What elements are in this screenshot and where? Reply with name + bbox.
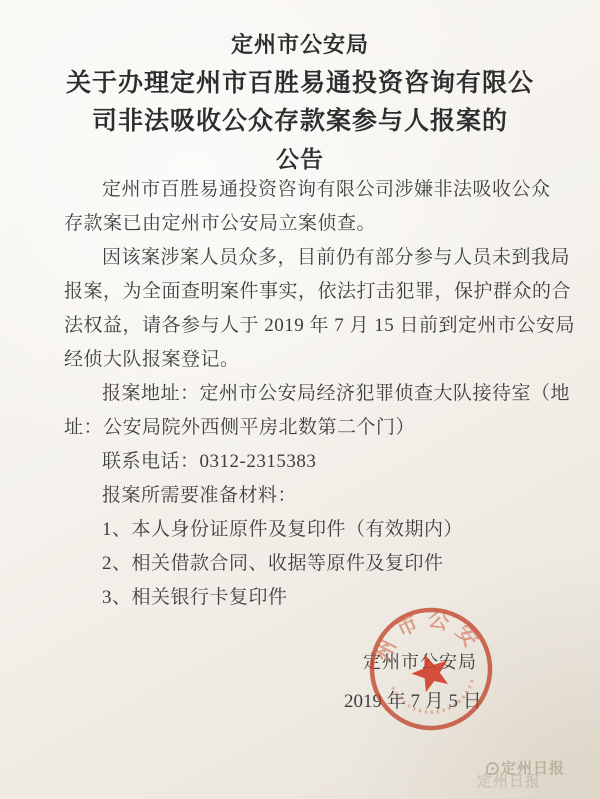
notice-body: 定州市百胜易通投资咨询有限公司涉嫌非法吸收公众 存款案已由定州市公安局立案侦查。… bbox=[64, 173, 542, 615]
media-logo-icon bbox=[486, 762, 499, 775]
body-line: 经侦大队报案登记。 bbox=[64, 343, 542, 377]
notice-document-photo: 定州市公安局 关于办理定州市百胜易通投资咨询有限公 司非法吸收公众存款案参与人报… bbox=[0, 0, 600, 799]
watermark-text: 定州日报 bbox=[501, 760, 565, 777]
page-title: 定州市公安局 关于办理定州市百胜易通投资咨询有限公 司非法吸收公众存款案参与人报… bbox=[0, 26, 600, 178]
body-line-report-address: 址：公安局院外西侧平房北数第二个门） bbox=[64, 411, 542, 445]
watermark-echo-text: 定州日报 bbox=[477, 773, 541, 790]
body-line: 定州市百胜易通投资咨询有限公司涉嫌非法吸收公众 bbox=[64, 173, 542, 207]
body-line-contact-phone: 联系电话：0312-2315383 bbox=[64, 445, 542, 479]
signature-date: 2019 年 7 月 5 日 bbox=[344, 686, 482, 713]
body-line-materials-heading: 报案所需要准备材料： bbox=[64, 479, 542, 513]
title-subject-line-1: 关于办理定州市百胜易通投资咨询有限公 bbox=[0, 64, 600, 102]
body-line: 存款案已由定州市公安局立案侦查。 bbox=[64, 207, 542, 241]
signature-agency: 定州市公安局 bbox=[363, 648, 477, 674]
body-line: 法权益，请各参与人于 2019 年 7 月 15 日前到定州市公安局 bbox=[64, 309, 542, 343]
body-line-material-item: 1、本人身份证原件及复印件（有效期内） bbox=[64, 513, 542, 547]
body-line-material-item: 2、相关借款合同、收据等原件及复印件 bbox=[64, 547, 542, 581]
title-subject-line-2: 司非法吸收公众存款案参与人报案的 bbox=[0, 102, 600, 140]
body-line-report-address: 报案地址：定州市公安局经济犯罪侦查大队接待室（地 bbox=[64, 377, 542, 411]
title-agency-line: 定州市公安局 bbox=[0, 26, 600, 64]
watermark: 定州日报 定州日报 bbox=[486, 757, 598, 797]
body-line: 因该案涉案人员众多，目前仍有部分参与人员未到我局 bbox=[64, 241, 542, 275]
body-line-material-item: 3、相关银行卡复印件 bbox=[64, 581, 542, 615]
watermark-row-echo: 定州日报 bbox=[477, 770, 541, 791]
watermark-row: 定州日报 bbox=[486, 757, 565, 778]
body-line: 报案，为全面查明案件事实，依法打击犯罪，保护群众的合 bbox=[64, 275, 542, 309]
